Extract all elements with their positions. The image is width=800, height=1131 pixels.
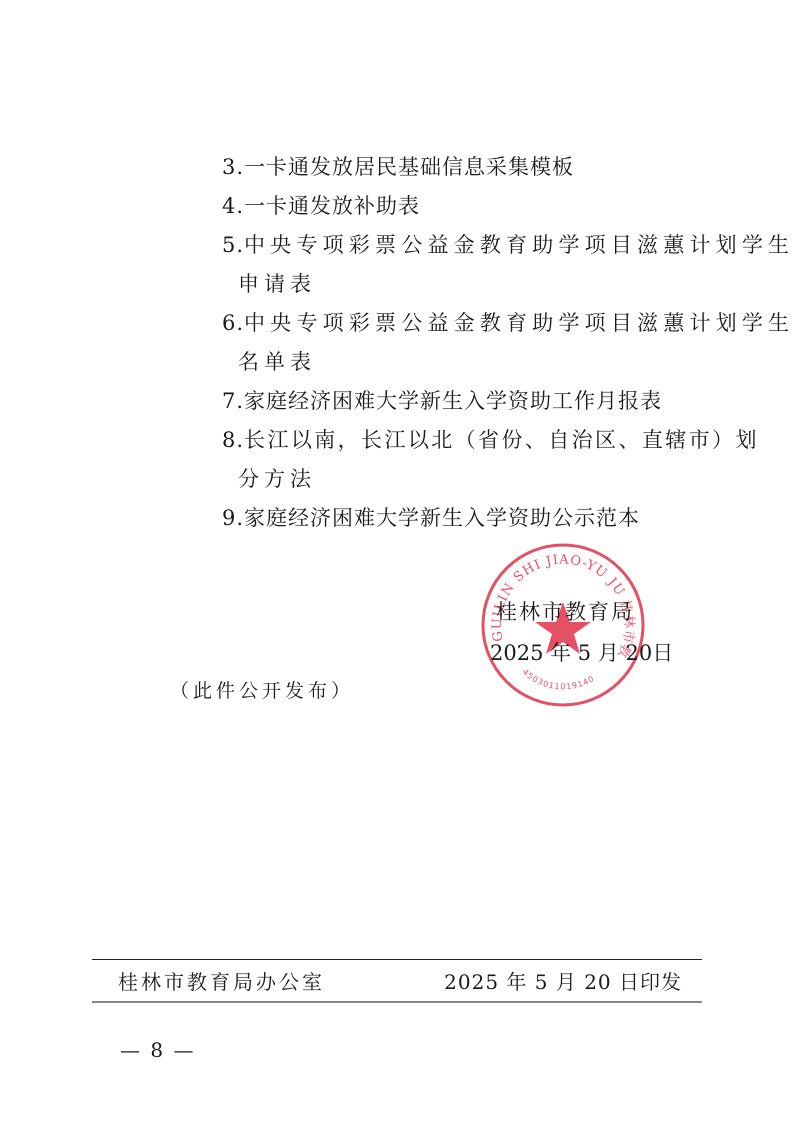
- attachment-item-8: 8.长江以南，长江以北（省份、自治区、直辖市）划 分方法: [222, 421, 722, 499]
- attachment-title: 一卡通发放补助表: [244, 194, 420, 218]
- footer-issue-date: 2025 年 5 月 20 日印发: [444, 966, 682, 995]
- attachment-list: 3.一卡通发放居民基础信息采集模板 4.一卡通发放补助表 5.中央专项彩票公益金…: [222, 148, 722, 538]
- attachment-number: 4.: [222, 194, 244, 218]
- attachment-title: 长江以南，长江以北（省份、自治区、直辖市）划: [244, 428, 759, 452]
- signature-block: 桂林市教育局 2025 年 5 月 20日: [490, 592, 673, 674]
- attachment-item-3: 3.一卡通发放居民基础信息采集模板: [222, 148, 722, 187]
- attachment-number: 5.: [222, 233, 244, 257]
- attachment-item-6: 6.中央专项彩票公益金教育助学项目滋蕙计划学生 名单表: [222, 304, 722, 382]
- attachment-item-7: 7.家庭经济困难大学新生入学资助工作月报表: [222, 382, 722, 421]
- page-number: — 8 —: [120, 1038, 195, 1062]
- attachment-number: 9.: [222, 506, 244, 530]
- attachment-number: 3.: [222, 155, 244, 179]
- document-page: 3.一卡通发放居民基础信息采集模板 4.一卡通发放补助表 5.中央专项彩票公益金…: [0, 0, 800, 1131]
- attachment-title-continuation: 名单表: [222, 343, 722, 382]
- attachment-item-4: 4.一卡通发放补助表: [222, 187, 722, 226]
- attachment-title: 中央专项彩票公益金教育助学项目滋蕙计划学生: [244, 233, 794, 257]
- attachment-title: 家庭经济困难大学新生入学资助工作月报表: [244, 389, 662, 413]
- attachment-title: 家庭经济困难大学新生入学资助公示范本: [244, 506, 640, 530]
- signing-organization: 桂林市教育局: [490, 592, 673, 633]
- footer-divider-top: [92, 959, 702, 960]
- attachment-title: 一卡通发放居民基础信息采集模板: [244, 155, 574, 179]
- attachment-number: 7.: [222, 389, 244, 413]
- signing-date: 2025 年 5 月 20日: [490, 633, 673, 674]
- attachment-item-5: 5.中央专项彩票公益金教育助学项目滋蕙计划学生 申请表: [222, 226, 722, 304]
- public-release-note: （此件公开发布）: [170, 676, 354, 703]
- attachment-number: 8.: [222, 428, 244, 452]
- attachment-title-continuation: 申请表: [222, 265, 722, 304]
- footer-issuer: 桂林市教育局办公室: [118, 966, 325, 995]
- attachment-item-9: 9.家庭经济困难大学新生入学资助公示范本: [222, 499, 722, 538]
- footer-divider-bottom: [92, 1001, 702, 1003]
- attachment-title-continuation: 分方法: [222, 460, 722, 499]
- attachment-number: 6.: [222, 311, 244, 335]
- attachment-title: 中央专项彩票公益金教育助学项目滋蕙计划学生: [244, 311, 794, 335]
